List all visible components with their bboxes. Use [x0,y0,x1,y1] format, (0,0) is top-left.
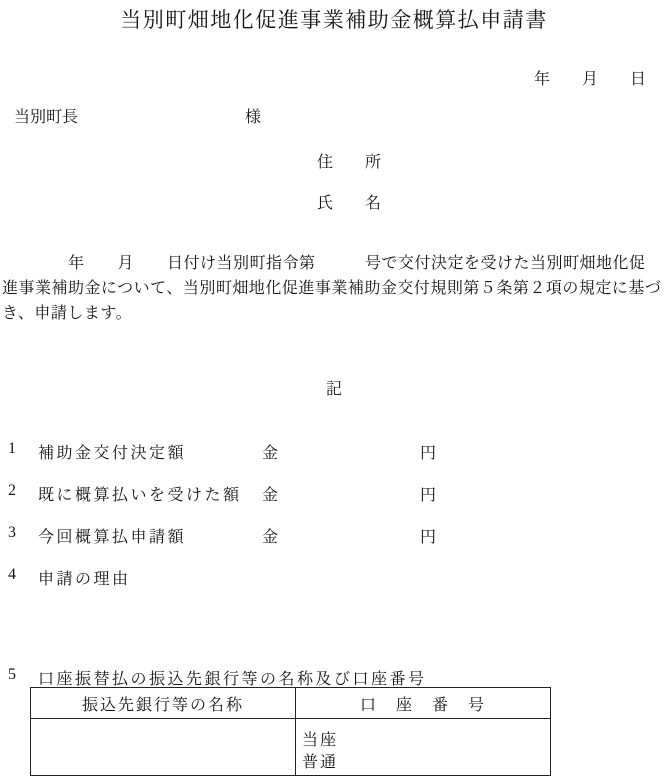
list-item-already-paid-amount: 2 既に概算払いを受けた額 金 円 [0,482,668,502]
item-label: 補助金交付決定額 [38,440,186,463]
table-body-row: 当座 普通 [31,719,550,775]
currency-suffix: 円 [420,482,436,505]
date-line: 年 月 日 [534,66,646,89]
item-label: 申請の理由 [38,566,131,589]
body-paragraph-line: 年 月 日付け当別町指令第 号で交付決定を受けた当別町畑地化促 [2,251,668,276]
item-number: 1 [8,440,16,458]
honorific-label: 様 [245,104,261,127]
currency-suffix: 円 [420,524,436,547]
cell-bank-name-blank [31,719,296,775]
item-number: 4 [8,566,16,584]
bank-account-table: 振込先銀行等の名称 口 座 番 号 当座 普通 [30,687,551,776]
body-paragraph-line: き、申請します。 [2,301,668,326]
document-title: 当別町畑地化促進事業補助金概算払申請書 [0,4,668,34]
name-field-label: 氏 名 [317,190,381,213]
list-item-current-request-amount: 3 今回概算払申請額 金 円 [0,524,668,544]
item-number: 3 [8,524,16,542]
address-field-label: 住 所 [317,149,381,172]
item-number: 5 [8,666,16,684]
column-header-account-number: 口 座 番 号 [296,688,550,718]
list-item-application-reason: 4 申請の理由 [0,566,668,586]
application-form-page: 当別町畑地化促進事業補助金概算払申請書 年 月 日 当別町長 様 住 所 氏 名… [0,0,668,777]
item-label: 口座振替払の振込先銀行等の名称及び口座番号 [38,666,427,689]
item-label: 既に概算払いを受けた額 [38,482,242,505]
item-number: 2 [8,482,16,500]
list-item-grant-decided-amount: 1 補助金交付決定額 金 円 [0,440,668,460]
table-header-row: 振込先銀行等の名称 口 座 番 号 [31,688,550,719]
list-item-bank-account-info: 5 口座振替払の振込先銀行等の名称及び口座番号 [0,666,668,686]
body-paragraph: 年 月 日付け当別町指令第 号で交付決定を受けた当別町畑地化促 進事業補助金につ… [2,251,668,326]
currency-prefix: 金 [262,524,278,547]
account-type-ordinary: 普通 [302,752,550,774]
currency-prefix: 金 [262,482,278,505]
currency-prefix: 金 [262,440,278,463]
account-type-current: 当座 [302,730,550,752]
item-label: 今回概算払申請額 [38,524,186,547]
column-header-bank-name: 振込先銀行等の名称 [31,688,296,718]
cell-account-number: 当座 普通 [296,719,550,775]
addressee-label: 当別町長 [14,104,78,127]
body-paragraph-line: 進事業補助金について、当別町畑地化促進事業補助金交付規則第５条第２項の規定に基づ [2,276,668,301]
section-marker: 記 [0,376,668,399]
currency-suffix: 円 [420,440,436,463]
